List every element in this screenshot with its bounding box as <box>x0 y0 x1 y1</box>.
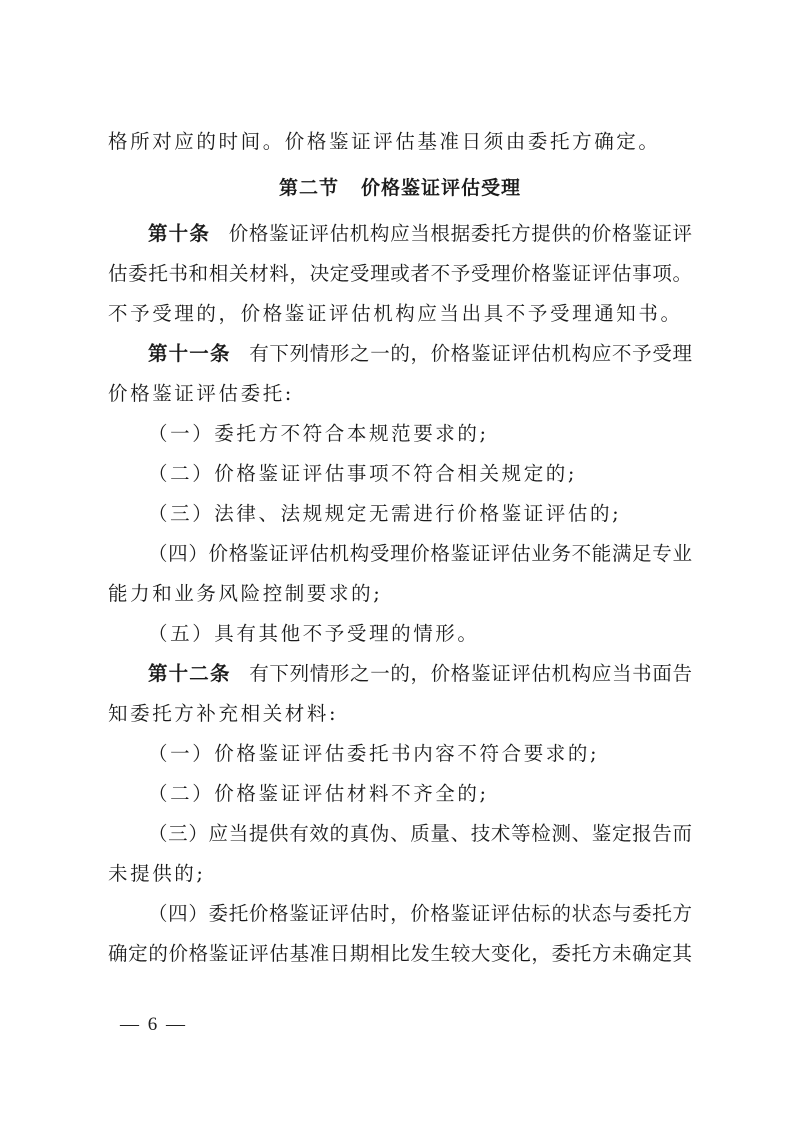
article-label: 第十二条 <box>148 662 231 685</box>
article-10-line-1: 第十条价格鉴证评估机构应当根据委托方提供的价格鉴证评 <box>108 214 692 254</box>
article-12: 第十二条有下列情形之一的，价格鉴证评估机构应当书面告 知委托方补充相关材料: （… <box>108 654 692 974</box>
article-12-line-1: 第十二条有下列情形之一的，价格鉴证评估机构应当书面告 <box>108 654 692 694</box>
list-item: （三）应当提供有效的真伪、质量、技术等检测、鉴定报告而 <box>108 814 692 854</box>
article-10-line-3: 不予受理的，价格鉴证评估机构应当出具不予受理通知书。 <box>108 294 692 334</box>
list-item: （一）价格鉴证评估委托书内容不符合要求的; <box>108 734 692 774</box>
article-text: 有下列情形之一的，价格鉴证评估机构应当书面告 <box>249 662 692 685</box>
list-item: （三）法律、法规规定无需进行价格鉴证评估的; <box>108 494 692 534</box>
section-title: 价格鉴证评估受理 <box>361 177 521 199</box>
section-number: 第二节 <box>279 177 339 199</box>
list-item: （一）委托方不符合本规范要求的; <box>108 414 692 454</box>
article-11-line-2: 价格鉴证评估委托: <box>108 374 692 414</box>
article-10: 第十条价格鉴证评估机构应当根据委托方提供的价格鉴证评 估委托书和相关材料，决定受… <box>108 214 692 334</box>
list-item: （五）具有其他不予受理的情形。 <box>108 614 692 654</box>
page-number: — 6 — <box>120 1014 187 1036</box>
document-page: 格所对应的时间。价格鉴证评估基准日须由委托方确定。 第二节价格鉴证评估受理 第十… <box>108 122 692 974</box>
list-item: （四）价格鉴证评估机构受理价格鉴证评估业务不能满足专业 <box>108 534 692 574</box>
article-label: 第十条 <box>148 222 210 245</box>
article-10-line-2: 估委托书和相关材料，决定受理或者不予受理价格鉴证评估事项。 <box>108 254 692 294</box>
list-item-continuation: 能力和业务风险控制要求的; <box>108 574 692 614</box>
list-item: （二）价格鉴证评估事项不符合相关规定的; <box>108 454 692 494</box>
article-text: 有下列情形之一的，价格鉴证评估机构应不予受理 <box>249 342 692 365</box>
article-12-line-2: 知委托方补充相关材料: <box>108 694 692 734</box>
section-heading: 第二节价格鉴证评估受理 <box>108 162 692 214</box>
article-11-line-1: 第十一条有下列情形之一的，价格鉴证评估机构应不予受理 <box>108 334 692 374</box>
list-item: （四）委托价格鉴证评估时，价格鉴证评估标的状态与委托方 <box>108 894 692 934</box>
continuation-line: 格所对应的时间。价格鉴证评估基准日须由委托方确定。 <box>108 122 692 162</box>
article-text: 价格鉴证评估机构应当根据委托方提供的价格鉴证评 <box>228 222 692 245</box>
article-11: 第十一条有下列情形之一的，价格鉴证评估机构应不予受理 价格鉴证评估委托: （一）… <box>108 334 692 654</box>
list-item: （二）价格鉴证评估材料不齐全的; <box>108 774 692 814</box>
list-item-continuation: 确定的价格鉴证评估基准日期相比发生较大变化，委托方未确定其 <box>108 934 692 974</box>
list-item-continuation: 未提供的; <box>108 854 692 894</box>
article-label: 第十一条 <box>148 342 231 365</box>
